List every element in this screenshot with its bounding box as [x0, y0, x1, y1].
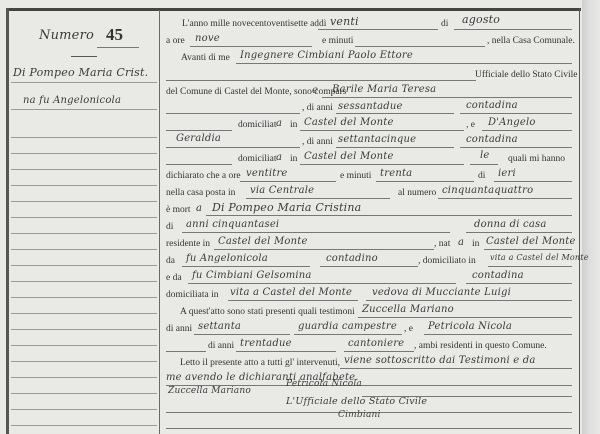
margin-rule — [11, 265, 157, 266]
printed-domiciliat: domiciliat — [238, 120, 277, 130]
margin-rule — [11, 137, 157, 138]
margin-rule — [11, 313, 157, 314]
mother-residence-underline — [228, 300, 358, 301]
printed-di-anni-3: di anni — [166, 324, 192, 334]
printed-casa-comunale: , nella Casa Comunale. — [487, 36, 575, 46]
mother-occupation: contadina — [472, 270, 524, 281]
printed-nat: , nat — [434, 239, 450, 249]
domiciliat-suffix-2: a — [276, 152, 282, 163]
filler-le: le — [480, 150, 490, 161]
margin-rule — [11, 297, 157, 298]
printed-comune: del Comune di Castel del Monte, sono com… — [166, 87, 346, 97]
witness1-age: settanta — [198, 321, 241, 332]
witness2-underline — [424, 334, 572, 335]
printed-testimoni: A quest'atto sono stati presenti quali t… — [180, 307, 355, 317]
margin-rule — [11, 153, 157, 154]
declarant2-second: Geraldia — [176, 133, 221, 144]
printed-letto: Letto il presente atto a tutti gl' inter… — [180, 358, 340, 368]
record-number: 45 — [106, 25, 123, 45]
declarant1-occupation: contadina — [466, 100, 518, 111]
death-minutes-underline — [376, 181, 474, 182]
printed-dichiarato: dichiarato che a ore — [166, 171, 241, 181]
compars-suffix: e — [312, 85, 318, 96]
printed-a-ore: a ore — [166, 36, 185, 46]
column-divider — [159, 10, 160, 434]
declarant1-residence: Castel del Monte — [304, 117, 394, 128]
declarant2-second-underline — [166, 147, 300, 148]
mother-occupation-underline — [466, 283, 572, 284]
minutes-underline — [355, 46, 485, 47]
signature-witness2: Petricola Nicola — [286, 379, 362, 389]
page-edge-shadow — [582, 0, 600, 434]
margin-rule — [11, 345, 157, 346]
printed-e: , e — [466, 120, 475, 130]
morto-suffix: a — [196, 203, 202, 214]
signature-officer-name: Cimbiani — [338, 410, 381, 420]
day-field: venti — [330, 15, 359, 28]
printed-di-anni-2: , di anni — [302, 137, 333, 147]
witness2-occupation: cantoniere — [348, 338, 404, 349]
witness1-occupation: guardia campestre — [298, 321, 397, 332]
father-residence: vita a Castel del Monte — [490, 253, 589, 262]
father-residence-underline — [488, 266, 572, 267]
deceased-age: anni cinquantasei — [186, 219, 279, 230]
house-number-underline — [438, 198, 572, 199]
printed-domiciliat-2: domiciliat — [238, 154, 277, 164]
occupation1-underline — [460, 113, 572, 114]
printed-quali-mi-hanno: quali mi hanno — [508, 154, 565, 164]
officer-underline — [236, 63, 572, 64]
declarant1-name: Barile Maria Teresa — [332, 84, 436, 95]
margin-rule — [11, 249, 157, 250]
signature-witness1: Zuccella Mariano — [168, 386, 251, 396]
margin-rule — [11, 377, 157, 378]
register-page: Numero 45 Di Pompeo Maria Crist. na fu A… — [0, 0, 600, 434]
printed-e-morto: è mort — [166, 205, 191, 215]
margin-rule — [11, 281, 157, 282]
printed-domiciliata: domiciliata in — [166, 290, 219, 300]
printed-di-anni: , di anni — [302, 103, 333, 113]
printed-domiciliato: , domiciliato in — [418, 256, 476, 266]
death-day-ref: ieri — [498, 168, 516, 179]
witness1-underline — [358, 317, 572, 318]
mother-underline — [188, 283, 456, 284]
declarant2-underline — [482, 130, 572, 131]
officer-field: Ingegnere Cimbiani Paolo Ettore — [240, 50, 413, 61]
flourish-dash — [71, 56, 97, 57]
line5-blank — [166, 113, 300, 114]
deceased-occupation-underline — [466, 232, 572, 233]
printed-nella-casa: nella casa posta in — [166, 188, 235, 198]
printed-year-text: L'anno mille novecentoventisette addì — [182, 19, 326, 29]
declarant1-underline — [322, 97, 572, 98]
witness1-occupation-underline — [294, 334, 402, 335]
age1-underline — [336, 113, 454, 114]
deceased-residence-underline — [214, 249, 434, 250]
month-underline — [454, 29, 572, 30]
printed-in-3: in — [472, 239, 479, 249]
margin-rule — [11, 82, 157, 83]
margin-rule — [11, 109, 157, 110]
printed-residente: residente in — [166, 239, 210, 249]
house-number: cinquantaquattro — [442, 185, 533, 196]
declarant2-occupation: contadina — [466, 134, 518, 145]
father-name: fu Angelonicola — [186, 253, 268, 264]
witness2-age-underline — [236, 351, 336, 352]
death-hour: ventitre — [246, 168, 288, 179]
numero-label: Numero — [39, 28, 94, 43]
number-underline — [97, 47, 139, 48]
witness2-name: Petricola Nicola — [428, 321, 512, 332]
street-underline — [246, 198, 390, 199]
deceased-underline — [206, 215, 572, 216]
printed-di-3: di — [166, 222, 173, 232]
margin-rule — [11, 329, 157, 330]
printed-in-2: in — [290, 154, 297, 164]
printed-di-anni-4: di anni — [208, 341, 234, 351]
father-underline — [182, 266, 310, 267]
father-occupation: contadino — [326, 253, 378, 264]
line19-blank — [166, 351, 206, 352]
deceased-name: Di Pompeo Maria Cristina — [212, 201, 361, 214]
declarant2-first: D'Angelo — [488, 117, 536, 128]
officer-underline-2 — [166, 80, 476, 81]
printed-in: in — [290, 120, 297, 130]
margin-rule — [11, 393, 157, 394]
closing-note-a: viene sottoscritto dai Testimoni e da — [344, 355, 536, 366]
hour-underline — [190, 46, 312, 47]
closing-note-underline — [340, 368, 572, 369]
printed-e-minuti-2: e minuti — [340, 171, 371, 181]
witness1-age-underline — [194, 334, 290, 335]
signature-officer-title: L'Ufficiale dello Stato Civile — [286, 396, 427, 407]
margin-rule — [11, 425, 157, 426]
printed-e-2: , e — [404, 324, 413, 334]
margin-rule — [11, 361, 157, 362]
civil-status: vedova di Mucciante Luigi — [372, 287, 511, 298]
printed-ufficiale: Ufficiale dello Stato Civile — [475, 70, 577, 80]
witness1-name: Zuccella Mariano — [362, 304, 454, 315]
margin-rule — [11, 201, 157, 202]
filler-underline — [470, 164, 498, 165]
deceased-age-underline — [182, 232, 450, 233]
margin-rule — [11, 409, 157, 410]
printed-da: da — [166, 256, 175, 266]
day-ref-underline — [494, 181, 572, 182]
printed-al-numero: al numero — [398, 188, 436, 198]
declarant2-residence: Castel del Monte — [304, 151, 394, 162]
deceased-residence: Castel del Monte — [218, 236, 308, 247]
domiciliat-suffix: a — [276, 118, 282, 129]
residence1-underline — [300, 130, 464, 131]
line6-blank — [166, 130, 232, 131]
frame-right-border — [579, 8, 580, 434]
death-minutes: trenta — [380, 168, 412, 179]
civil-status-underline — [366, 300, 572, 301]
margin-name-line2: na fu Angelonicola — [23, 95, 121, 106]
declarant1-age: sessantadue — [338, 101, 403, 112]
day-underline — [318, 29, 438, 30]
hour-field: nove — [195, 33, 220, 44]
residence2-underline — [300, 164, 464, 165]
printed-di: di — [441, 19, 448, 29]
witness2-age: trentadue — [240, 338, 292, 349]
mother-residence: vita a Castel del Monte — [230, 287, 352, 298]
printed-ambi-residenti: , ambi residenti in questo Comune. — [414, 341, 547, 351]
line8-blank — [166, 164, 232, 165]
father-occupation-underline — [320, 266, 418, 267]
margin-rule — [11, 185, 157, 186]
mother-name: fu Cimbiani Gelsomina — [192, 270, 312, 281]
birthplace: Castel del Monte — [486, 236, 576, 247]
printed-di-2: di — [478, 171, 485, 181]
printed-e-da: e da — [166, 273, 182, 283]
occupation2-underline — [460, 147, 572, 148]
age2-underline — [336, 147, 454, 148]
margin-rule — [11, 217, 157, 218]
margin-rule — [11, 169, 157, 170]
printed-e-minuti: e minuti — [322, 36, 353, 46]
bottom-rule — [166, 428, 572, 429]
printed-avanti: Avanti di me — [181, 53, 230, 63]
margin-rule — [11, 233, 157, 234]
month-field: agosto — [462, 13, 500, 26]
death-hour-underline — [240, 181, 336, 182]
declarant2-age: settantacinque — [338, 134, 416, 145]
witness2-occupation-underline — [344, 351, 414, 352]
margin-column: Numero 45 Di Pompeo Maria Crist. na fu A… — [9, 11, 159, 434]
birthplace-underline — [484, 249, 572, 250]
street-field: via Centrale — [250, 185, 314, 196]
nat-suffix: a — [458, 237, 464, 248]
deceased-occupation: donna di casa — [474, 219, 546, 230]
margin-name-line1: Di Pompeo Maria Crist. — [13, 66, 148, 79]
